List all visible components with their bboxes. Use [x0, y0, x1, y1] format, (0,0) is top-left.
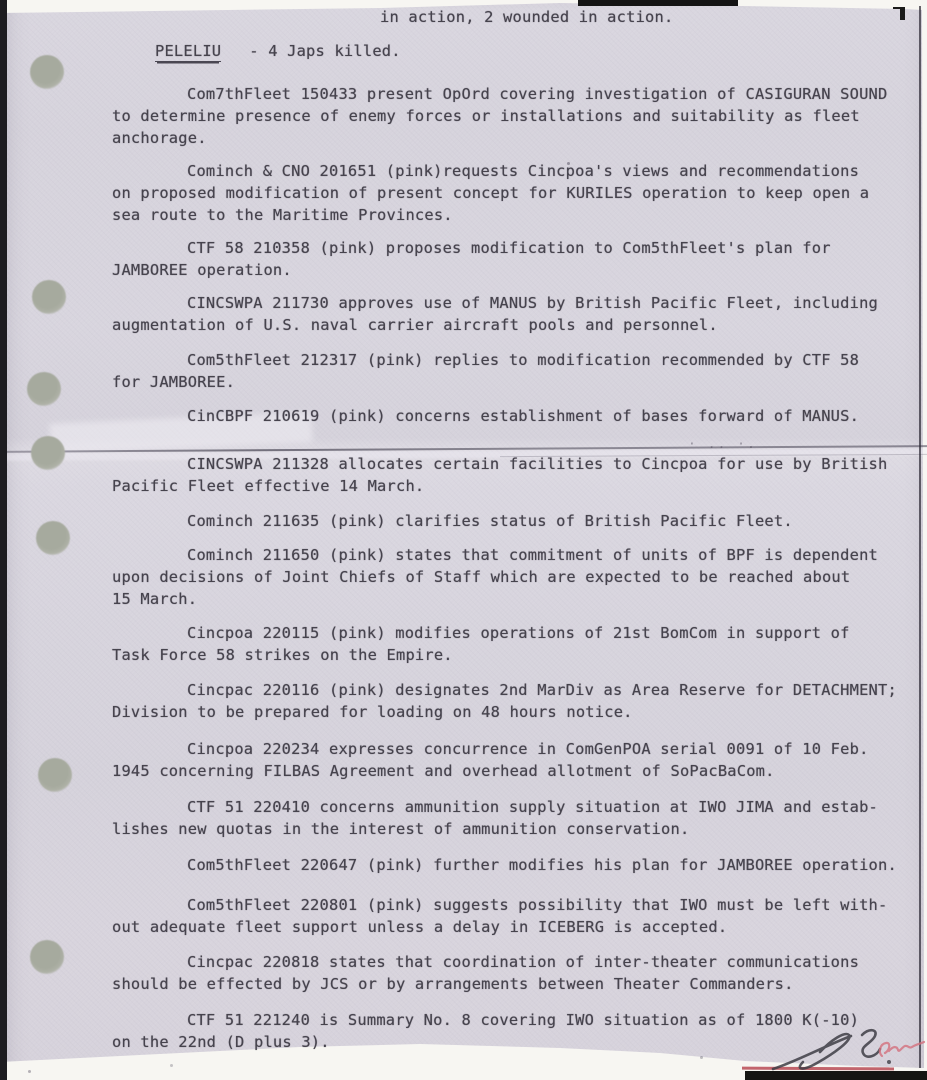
- typed-line: Cominch 211650 (pink) states that commit…: [187, 546, 878, 565]
- typed-line: on proposed modification of present conc…: [112, 184, 869, 203]
- typed-line: CinCBPF 210619 (pink) concerns establish…: [187, 407, 859, 426]
- heading-text: - 4 Japs killed.: [249, 42, 400, 60]
- scanned-war-diary-page: { "document": { "description": "Typewrit…: [0, 0, 927, 1080]
- typed-line: Cominch & CNO 201651 (pink)requests Cinc…: [187, 162, 859, 181]
- typed-line: JAMBOREE operation.: [112, 261, 292, 280]
- typed-line: Pacific Fleet effective 14 March.: [112, 477, 424, 496]
- typed-line: sea route to the Maritime Provinces.: [112, 206, 453, 225]
- typed-line: Cincpoa 220115 (pink) modifies operation…: [187, 624, 850, 643]
- typed-line: lishes new quotas in the interest of amm…: [112, 820, 689, 839]
- typed-line: Task Force 58 strikes on the Empire.: [112, 646, 453, 665]
- typed-line: Cincpac 220818 states that coordination …: [187, 953, 859, 972]
- typed-line: CTF 58 210358 (pink) proposes modificati…: [187, 239, 831, 258]
- typed-line: Com5thFleet 220647 (pink) further modifi…: [187, 856, 897, 875]
- typed-line: should be effected by JCS or by arrangem…: [112, 975, 794, 994]
- typed-line-carryover: in action, 2 wounded in action.: [380, 8, 673, 27]
- typed-line: Com5thFleet 212317 (pink) replies to mod…: [187, 351, 859, 370]
- typed-line: Cincpoa 220234 expresses concurrence in …: [187, 740, 869, 759]
- typed-line: anchorage.: [112, 129, 207, 148]
- heading-term-underlined: PELELIU: [155, 42, 221, 62]
- typed-line: 15 March.: [112, 590, 197, 609]
- typed-line: CINCSWPA 211328 allocates certain facili…: [187, 455, 887, 474]
- typed-text-layer: in action, 2 wounded in action. PELELIU-…: [0, 0, 927, 1080]
- section-heading: PELELIU- 4 Japs killed.: [155, 42, 401, 61]
- typed-line: CTF 51 220410 concerns ammunition supply…: [187, 798, 878, 817]
- typed-line: Com5thFleet 220801 (pink) suggests possi…: [187, 896, 887, 915]
- typed-line: Cincpac 220116 (pink) designates 2nd Mar…: [187, 681, 897, 700]
- typed-line: augmentation of U.S. naval carrier aircr…: [112, 316, 718, 335]
- typed-line: Cominch 211635 (pink) clarifies status o…: [187, 512, 793, 531]
- typed-line: Com7thFleet 150433 present OpOrd coverin…: [187, 85, 887, 104]
- typed-line: upon decisions of Joint Chiefs of Staff …: [112, 568, 850, 587]
- typed-line: Division to be prepared for loading on 4…: [112, 703, 633, 722]
- typed-line: CTF 51 221240 is Summary No. 8 covering …: [187, 1011, 859, 1030]
- typed-line: to determine presence of enemy forces or…: [112, 107, 860, 126]
- typed-line: CINCSWPA 211730 approves use of MANUS by…: [187, 294, 878, 313]
- red-pencil-mark: [872, 1036, 926, 1064]
- typed-line: for JAMBOREE.: [112, 373, 235, 392]
- typed-line: out adequate fleet support unless a dela…: [112, 918, 727, 937]
- typed-line: 1945 concerning FILBAS Agreement and ove…: [112, 762, 775, 781]
- typed-line: on the 22nd (D plus 3).: [112, 1033, 330, 1052]
